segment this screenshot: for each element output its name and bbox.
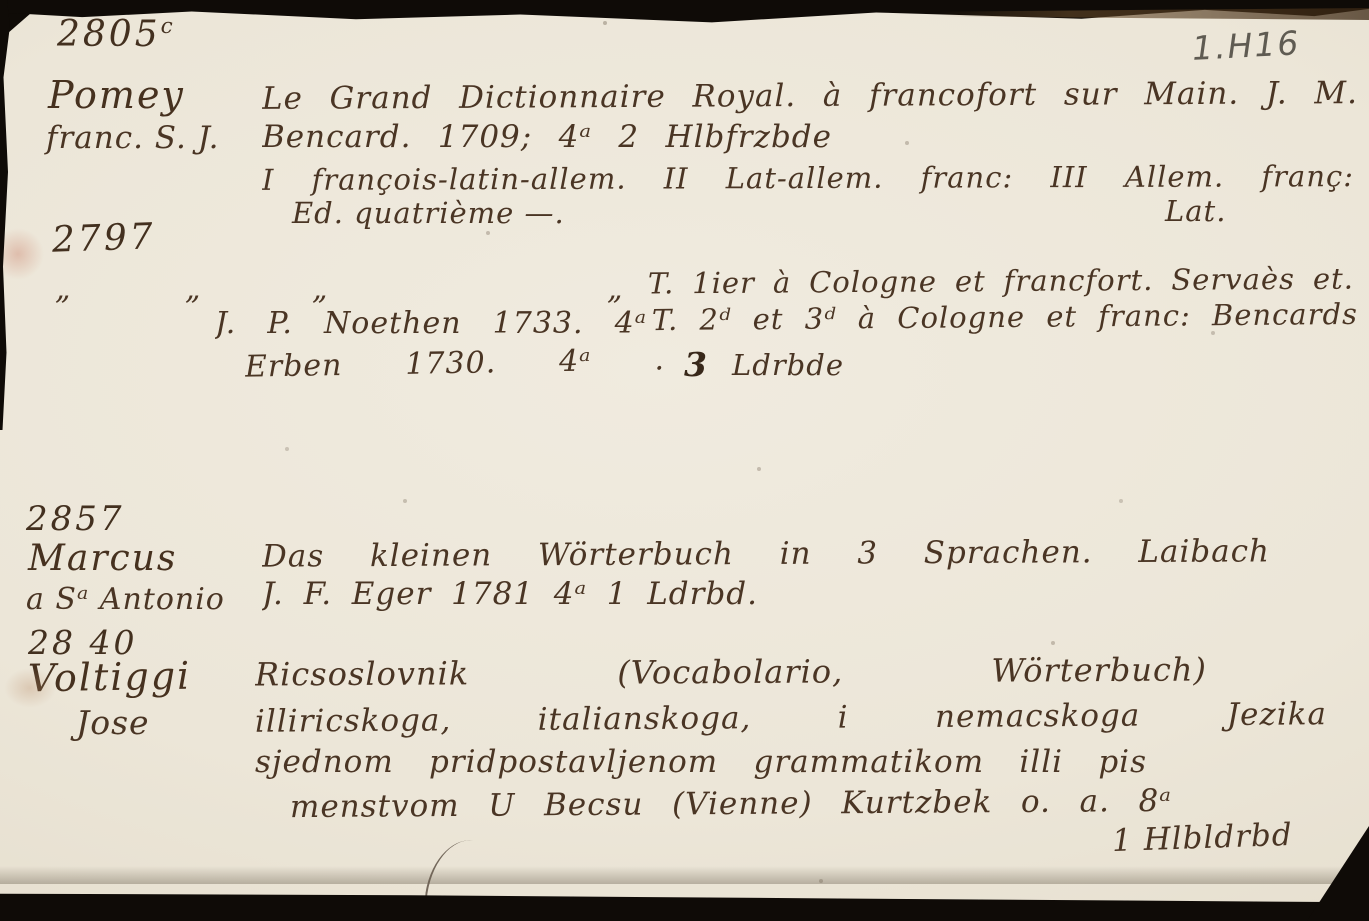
author-qualifier: franc. S. J. bbox=[46, 122, 220, 155]
entry-title-line: menstvom U Becsu (Vienne) Kurtzbek o. a.… bbox=[290, 785, 1172, 831]
catalog-card-scan: 1.H16 2805c Pomey franc. S. J. Le Grand … bbox=[0, 0, 1369, 921]
entry-tome23-line: T. 2ᵈ et 3ᵈ à Cologne et franc: Bencards bbox=[652, 299, 1358, 345]
shelf-mark: 1.H16 bbox=[1191, 23, 1301, 68]
author-name: Marcus bbox=[28, 540, 177, 578]
entry-title-line: illiricskoga, italianskoga, i nemacskoga… bbox=[255, 698, 1327, 745]
ditto-mark: „ bbox=[607, 272, 623, 307]
paper-stain bbox=[0, 228, 44, 280]
entry-volumes-continuation: Lat. bbox=[1165, 196, 1226, 226]
entry-edition-line: Ed. quatrième —. bbox=[292, 198, 565, 228]
entry-number: 2797 bbox=[51, 218, 156, 259]
entry-number-value: 2805 bbox=[57, 14, 161, 55]
ditto-mark: „ bbox=[55, 272, 71, 307]
entry-imprint-line: J. P. Noethen 1733. 4ᵃ bbox=[215, 308, 647, 348]
torn-edge-left bbox=[0, 0, 10, 430]
ditto-mark: „ bbox=[312, 272, 328, 307]
author-qualifier: a Sᵃ Antonio bbox=[26, 584, 225, 616]
entry-number: 2805c bbox=[57, 16, 176, 54]
bottom-edge-shadow bbox=[0, 866, 1369, 884]
entry-title-line: Das kleinen Wörterbuch in 3 Sprachen. La… bbox=[262, 535, 1270, 580]
entry-imprint-line: Erben 1730. 4ᵃ . bbox=[245, 344, 666, 391]
entry-title-line: sjednom pridpostavljenom grammatikom ill… bbox=[255, 746, 1147, 786]
author-name: Voltiggi bbox=[28, 657, 192, 700]
binding-note: Ldrbde bbox=[732, 350, 844, 380]
author-forename: Jose bbox=[76, 706, 150, 741]
entry-title-line: Le Grand Dictionnaire Royal. à francofor… bbox=[262, 77, 1358, 123]
author-name: Pomey bbox=[48, 76, 185, 116]
entry-imprint-line: J. F. Eger 1781 4ᵃ 1 Ldrbd. bbox=[262, 578, 758, 618]
ditto-mark: „ bbox=[185, 272, 201, 307]
entry-number-mark: c bbox=[161, 14, 176, 39]
entry-imprint-line: Bencard. 1709; 4ᵃ 2 Hlbfrzbde bbox=[262, 121, 832, 161]
binding-note: 1 Hlbldrbd bbox=[1111, 819, 1293, 858]
entry-title-line: Ricsoslovnik (Vocabolario, Wörterbuch) bbox=[255, 654, 1207, 699]
binding-count: 3 bbox=[684, 348, 708, 383]
entry-number: 2857 bbox=[26, 502, 125, 538]
torn-edge-bottom bbox=[0, 882, 1369, 921]
